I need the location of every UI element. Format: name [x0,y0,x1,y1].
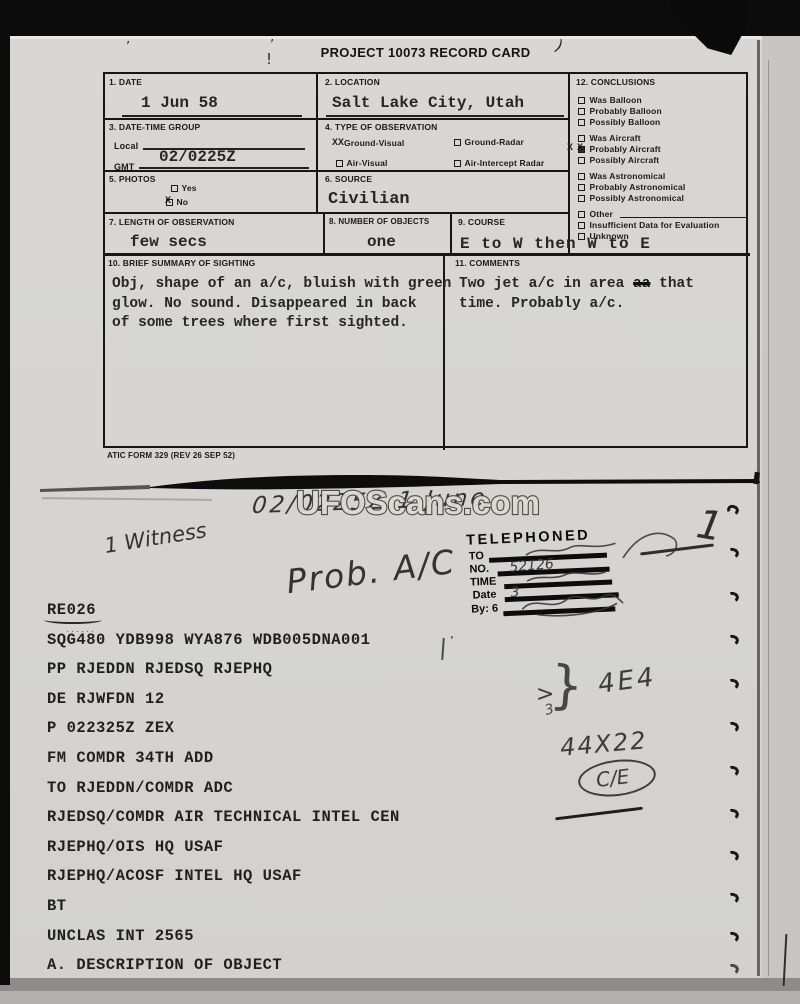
checkbox-empty [578,119,585,126]
field-date-time-group: 3. DATE-TIME GROUP Local GMT 02/0225Z [105,120,316,170]
field-number-label: 8. NUMBER OF OBJECTS [329,218,429,227]
checkbox-empty [578,135,585,142]
field-summary-text: Obj, shape of an a/c, bluish with green … [112,275,472,334]
form-id-footer: ATIC FORM 329 (REV 26 SEP 52) [107,452,235,461]
conclusion-item: Probably Astronomical [578,182,748,193]
field-course-value: E to W then W to E [460,235,651,253]
option-air-visual: Air-Visual [336,159,388,168]
checkbox-empty [454,160,461,167]
handwritten-scribble [520,539,631,560]
conclusion-item-checked: XXProbably Aircraft [578,144,748,155]
field-date: 1. DATE 1 Jun 58 [105,74,316,118]
field-dtg-label: 3. DATE-TIME GROUP [109,123,200,132]
option-label: Ground-Visual [344,139,404,148]
record-card-form: 1. DATE 1 Jun 58 2. LOCATION Salt Lake C… [103,72,748,448]
pencil-note-3: C/E [595,764,631,792]
ink-dots: ······ [66,626,96,636]
option-label: Air-Intercept Radar [465,159,545,168]
checkbox-empty [578,97,585,104]
field-summary: 10. BRIEF SUMMARY OF SIGHTING Obj, shape… [105,255,443,450]
field-photos-label: 5. PHOTOS [109,175,156,184]
struck-out-text: aa [633,276,650,292]
watermark: UFOScans.com [296,486,540,519]
paper-edge-line [768,60,769,976]
conclusion-item: Was Balloon [578,95,748,106]
field-conclusions: 12. CONCLUSIONS Was Balloon Probably Bal… [570,74,750,253]
field-photos: 5. PHOTOS Yes X No [105,172,316,212]
ink-speck: ’ [126,40,130,55]
x-mark: X [577,143,583,154]
field-course-label: 9. COURSE [458,218,505,227]
checkbox-empty [578,157,585,164]
teletype-message: RE026 SQG480 YDB998 WYA876 WDB005DNA001 … [47,596,400,981]
option-ground-visual: XX Ground-Visual [332,138,404,149]
page-title: PROJECT 10073 RECORD CARD [103,46,748,59]
option-label: Air-Visual [347,159,388,168]
conclusion-item: Was Aircraft [578,133,748,144]
checkbox-empty [578,222,585,229]
handwritten-scribble [517,589,628,620]
field-length-label: 7. LENGTH OF OBSERVATION [109,218,234,227]
blank-line [620,211,748,218]
field-dtg-local-label: Local [114,142,138,152]
field-length-value: few secs [130,233,207,251]
option-label: No [177,198,189,207]
checkbox-checked: X [578,146,585,153]
conclusion-item: Was Astronomical [578,171,748,182]
telephoned-stamp: TELEPHONED TO NO. 52126 TIME Date 3 By: … [462,526,646,634]
ink-speck: ’ [450,634,454,648]
scan-edge-left [0,0,10,985]
conclusion-item-other: Other [578,209,748,220]
x-mark: X [165,196,171,207]
ink-speck: ! [266,50,272,68]
checkbox-empty [578,195,585,202]
checkbox-empty [578,211,585,218]
handwritten-underline-stroke [44,616,102,624]
field-comments-text: Two jet a/c in area aa that time. Probab… [459,275,749,314]
option-photos-no: X No [166,198,188,207]
conclusion-item: Probably Balloon [578,106,748,117]
stamp-row-label: Date [472,590,496,602]
checkbox-empty [454,139,461,146]
stamp-row-label: By: 6 [471,603,498,615]
field-location: 2. LOCATION Salt Lake City, Utah [318,74,568,118]
scanned-document-page: PROJECT 10073 RECORD CARD ’ ’ ! ) 1. DAT… [0,0,800,1004]
option-label: Yes [182,184,197,193]
option-ground-radar: Ground-Radar [454,138,524,147]
field-date-label: 1. DATE [109,78,142,87]
field-underline [326,115,564,117]
checkbox-empty [336,160,343,167]
checkbox-empty [578,173,585,180]
field-location-value: Salt Lake City, Utah [332,94,524,112]
field-length-of-observation: 7. LENGTH OF OBSERVATION few secs [105,214,323,253]
field-comments: 11. COMMENTS Two jet a/c in area aa that… [445,255,750,450]
conclusion-item: Insufficient Data for Evaluation [578,220,748,231]
typed-x-prefix: X [567,143,573,154]
field-underline [122,115,302,117]
field-type-label: 4. TYPE OF OBSERVATION [325,123,437,132]
scan-background-bottom [0,991,800,1004]
conclusion-item: Possibly Balloon [578,117,748,128]
checkbox-empty [578,184,585,191]
checkbox-empty [578,108,585,115]
conclusion-item: Possibly Aircraft [578,155,748,166]
option-label: Ground-Radar [465,138,524,147]
field-source: 6. SOURCE Civilian [318,172,568,212]
field-underline [139,167,309,169]
paper-edge-line [757,40,760,976]
typed-xx-mark: XX [332,138,344,149]
stamp-row-label: TO [469,551,485,563]
checkbox-empty [171,185,178,192]
field-type-of-observation: 4. TYPE OF OBSERVATION XX Ground-Visual … [318,120,568,170]
stamp-row-label: TIME [470,577,497,589]
conclusion-item: Possibly Astronomical [578,193,748,204]
field-conclusions-label: 12. CONCLUSIONS [576,78,655,87]
field-number-value: one [367,233,396,251]
field-summary-label: 10. BRIEF SUMMARY OF SIGHTING [108,259,255,268]
field-dtg-gmt-value: 02/0225Z [159,148,236,166]
field-source-value: Civilian [328,190,410,209]
field-location-label: 2. LOCATION [325,78,380,87]
option-photos-yes: Yes [171,184,197,193]
checkbox-checked: X [166,199,173,206]
field-source-label: 6. SOURCE [325,175,372,184]
field-date-value: 1 Jun 58 [141,94,218,112]
conclusions-list: Was Balloon Probably Balloon Possibly Ba… [578,95,748,242]
stamp-row-label: NO. [469,564,489,576]
field-comments-label: 11. COMMENTS [455,259,520,268]
field-course: 9. COURSE E to W then W to E [452,214,568,253]
option-air-intercept-radar: Air-Intercept Radar [454,159,544,168]
field-number-of-objects: 8. NUMBER OF OBJECTS one [325,214,450,253]
